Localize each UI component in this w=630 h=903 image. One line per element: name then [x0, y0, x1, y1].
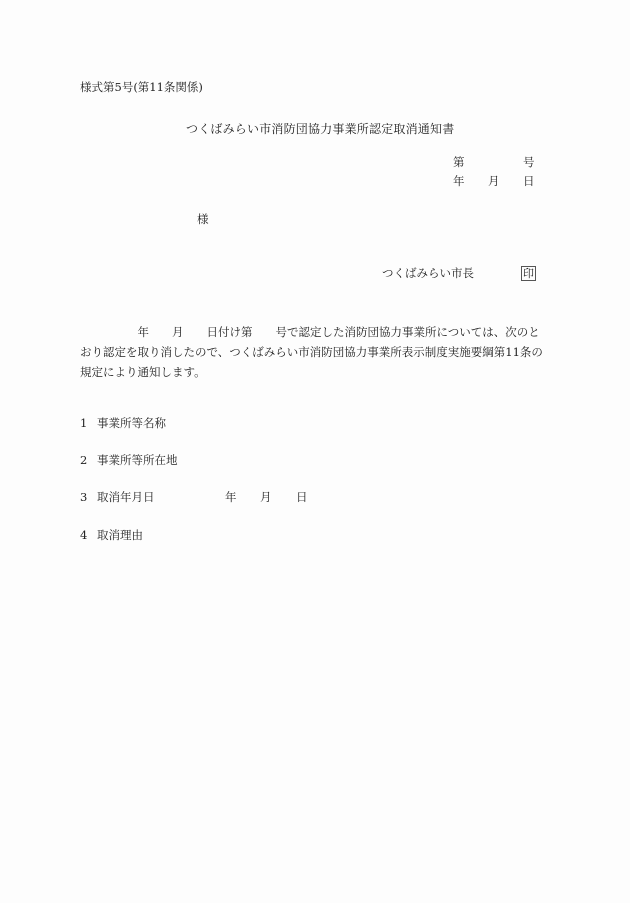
- issue-date-month: 月: [488, 176, 500, 188]
- cancellation-date-month: 月: [260, 492, 272, 504]
- document-title: つくばみらい市消防団協力事業所認定取消通知書: [186, 123, 454, 135]
- reference-number-prefix: 第: [453, 157, 465, 169]
- body-line: 年 月 日付け第 号で認定した消防団協力事業所については、次のと: [80, 322, 550, 342]
- issue-date-day: 日: [523, 176, 535, 188]
- body-line: 規定により通知します。: [80, 362, 550, 382]
- item-number: 1: [80, 418, 97, 430]
- reference-number-suffix: 号: [523, 157, 535, 169]
- item-label: 事業所等所在地: [97, 453, 178, 467]
- item-business-address: 2事業所等所在地: [80, 455, 178, 467]
- item-cancellation-date: 3取消年月日 年 月 日: [80, 492, 320, 504]
- item-number: 3: [80, 492, 97, 504]
- item-label: 取消年月日: [97, 490, 155, 504]
- seal-stamp: 印: [521, 266, 536, 281]
- body-line: おり認定を取り消したので、つくばみらい市消防団協力事業所表示制度実施要綱第11条…: [80, 342, 550, 362]
- sender-name: つくばみらい市長: [382, 268, 474, 280]
- cancellation-date-day: 日: [296, 492, 308, 504]
- body-paragraph: 年 月 日付け第 号で認定した消防団協力事業所については、次のと おり認定を取り…: [80, 322, 550, 382]
- form-number: 様式第5号(第11条関係): [80, 82, 203, 94]
- addressee-honorific: 様: [197, 214, 209, 226]
- item-cancellation-reason: 4取消理由: [80, 530, 143, 542]
- issue-date-year: 年: [453, 176, 465, 188]
- cancellation-date-year: 年: [225, 492, 237, 504]
- item-number: 2: [80, 455, 97, 467]
- item-business-name: 1事業所等名称: [80, 418, 166, 430]
- item-label: 事業所等名称: [97, 416, 166, 430]
- item-number: 4: [80, 530, 97, 542]
- item-label: 取消理由: [97, 528, 143, 542]
